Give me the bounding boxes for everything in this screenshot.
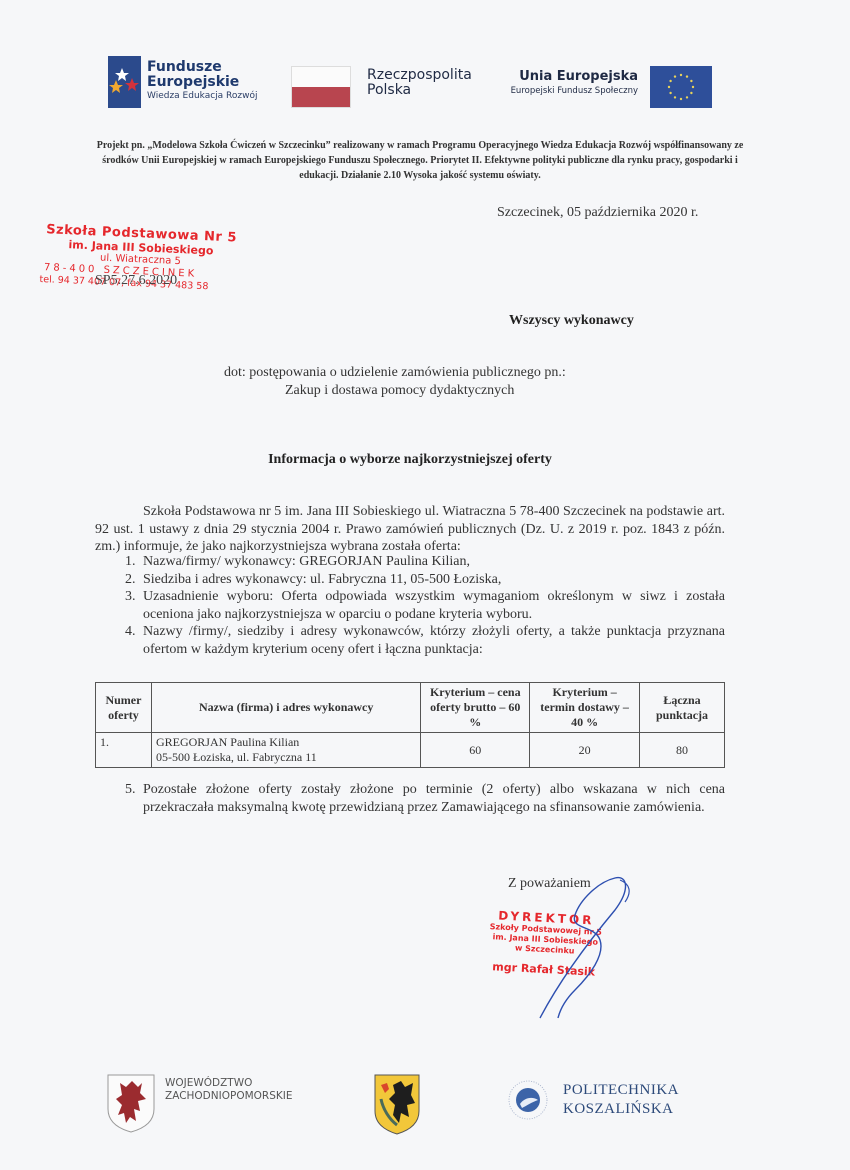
eu-flag-icon [650,66,712,108]
point5-list: Pozostałe złożone oferty zostały złożone… [95,781,725,816]
header-delivery: Kryterium – termin dostawy – 40 % [530,683,640,733]
fe-line2: Europejskie [147,75,258,90]
griffin-coat-of-arms-icon [106,1073,156,1133]
point-item: Pozostałe złożone oferty zostały złożone… [139,781,725,816]
politechnika-koszalinska-logo-icon [508,1080,548,1120]
eu-line2: Europejski Fundusz Społeczny [502,85,638,97]
eu-line1: Unia Europejska [502,69,638,85]
cell-delivery-score: 20 [530,733,640,768]
woj-line2: ZACHODNIOPOMORSKIE [165,1090,292,1103]
point-item: Uzasadnienie wyboru: Oferta odpowiada ws… [139,588,725,623]
reference-number: SP5.27.6.2020 [95,273,177,289]
woj-line1: WOJEWÓDZTWO [165,1077,292,1090]
table-row: 1. GREGORJAN Paulina Kilian 05-500 Łozis… [96,733,725,768]
header-total: Łączna punktacja [640,683,725,733]
point-item: Nazwa/firmy/ wykonawcy: GREGORJAN Paulin… [139,553,725,571]
subject-line2: Zakup i dostawa pomocy dydaktycznych [285,383,514,399]
pk-line1: POLITECHNIKA [563,1081,679,1100]
pk-line2: KOSZALIŃSKA [563,1100,679,1119]
header-name: Nazwa (firma) i adres wykonawcy [151,683,420,733]
point-item: Siedziba i adres wykonawcy: ul. Fabryczn… [139,571,725,589]
cell-price-score: 60 [421,733,530,768]
document-title: Informacja o wyborze najkorzystniejszej … [0,452,820,468]
intro-paragraph: Szkoła Podstawowa nr 5 im. Jana III Sobi… [95,503,725,556]
fundusze-europejskie-label: Fundusze Europejskie Wiedza Edukacja Roz… [147,60,258,103]
offers-table: Numer oferty Nazwa (firma) i adres wykon… [95,682,725,768]
wojewodztwo-label: WOJEWÓDZTWO ZACHODNIOPOMORSKIE [165,1077,292,1103]
pl-line2: Polska [367,83,472,98]
politechnika-koszalinska-label: POLITECHNIKA KOSZALIŃSKA [563,1081,679,1119]
pl-line1: Rzeczpospolita [367,68,472,83]
cell-address: 05-500 Łoziska, ul. Fabryczna 11 [156,750,416,765]
fundusze-europejskie-logo-icon [108,56,141,108]
cell-total: 80 [640,733,725,768]
points-list: Nazwa/firmy/ wykonawcy: GREGORJAN Paulin… [95,553,725,658]
signature-icon [480,870,660,1020]
unia-europejska-label: Unia Europejska Europejski Fundusz Społe… [502,69,638,97]
table-header-row: Numer oferty Nazwa (firma) i adres wykon… [96,683,725,733]
header-price: Kryterium – cena oferty brutto – 60 % [421,683,530,733]
rzeczpospolita-polska-label: Rzeczpospolita Polska [367,68,472,98]
cell-name-address: GREGORJAN Paulina Kilian 05-500 Łoziska,… [151,733,420,768]
document-date: Szczecinek, 05 października 2020 r. [497,205,698,221]
polish-flag-icon [291,66,351,108]
header-number: Numer oferty [96,683,152,733]
cell-name: GREGORJAN Paulina Kilian [156,735,416,750]
fe-line1: Fundusze [147,60,258,75]
project-note: Projekt pn. „Modelowa Szkoła Ćwiczeń w S… [95,138,745,183]
subject-line1: dot: postępowania o udzielenie zamówieni… [224,365,566,381]
point-item: Nazwy /firmy/, siedziby i adresy wykonaw… [139,623,725,658]
cell-number: 1. [96,733,152,768]
fe-line3: Wiedza Edukacja Rozwój [147,90,258,103]
addressee: Wszyscy wykonawcy [509,313,634,329]
szczecinek-county-coat-of-arms-icon [373,1073,421,1135]
